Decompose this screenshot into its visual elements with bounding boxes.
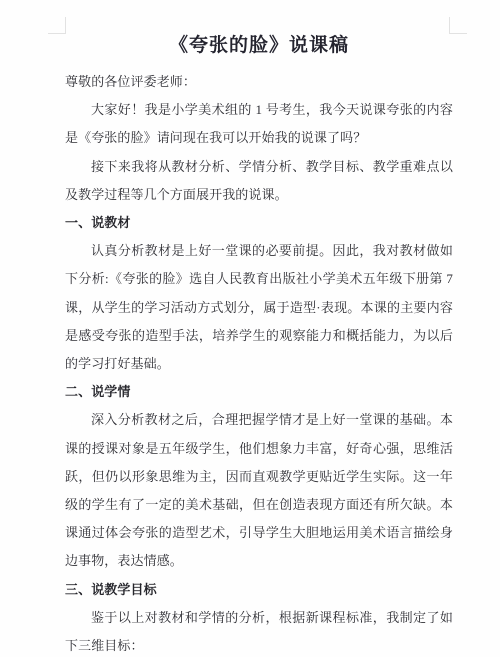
document-page: 《夸张的脸》说课稿 尊敬的各位评委老师：大家好！我是小学美术组的 1 号考生，我… <box>0 0 500 657</box>
paragraph: 深入分析教材之后，合理把握学情才是上好一堂课的基础。本课的授课对象是五年级学生，… <box>65 406 453 575</box>
document-body: 尊敬的各位评委老师：大家好！我是小学美术组的 1 号考生，我今天说课夸张的内容是… <box>65 68 453 657</box>
paragraph: 鉴于以上对教材和学情的分析，根据新课程标准，我制定了如下三维目标： <box>65 604 453 657</box>
section-heading: 三、说教学目标 <box>65 576 453 604</box>
paragraph: 认真分析教材是上好一堂课的必要前提。因此，我对教材做如下分析:《夸张的脸》选自人… <box>65 237 453 378</box>
paragraph: 尊敬的各位评委老师： <box>65 68 453 96</box>
paragraph: 接下来我将从教材分析、学情分析、教学目标、教学重难点以及教学过程等几个方面展开我… <box>65 153 453 209</box>
paragraph: 大家好！我是小学美术组的 1 号考生，我今天说课夸张的内容是《夸张的脸》请问现在… <box>65 96 453 152</box>
section-heading: 二、说学情 <box>65 378 453 406</box>
document-content: 《夸张的脸》说课稿 尊敬的各位评委老师：大家好！我是小学美术组的 1 号考生，我… <box>65 32 453 657</box>
document-title: 《夸张的脸》说课稿 <box>65 32 453 60</box>
section-heading: 一、说教材 <box>65 209 453 237</box>
text-boundary-mark-top-left <box>48 17 66 34</box>
